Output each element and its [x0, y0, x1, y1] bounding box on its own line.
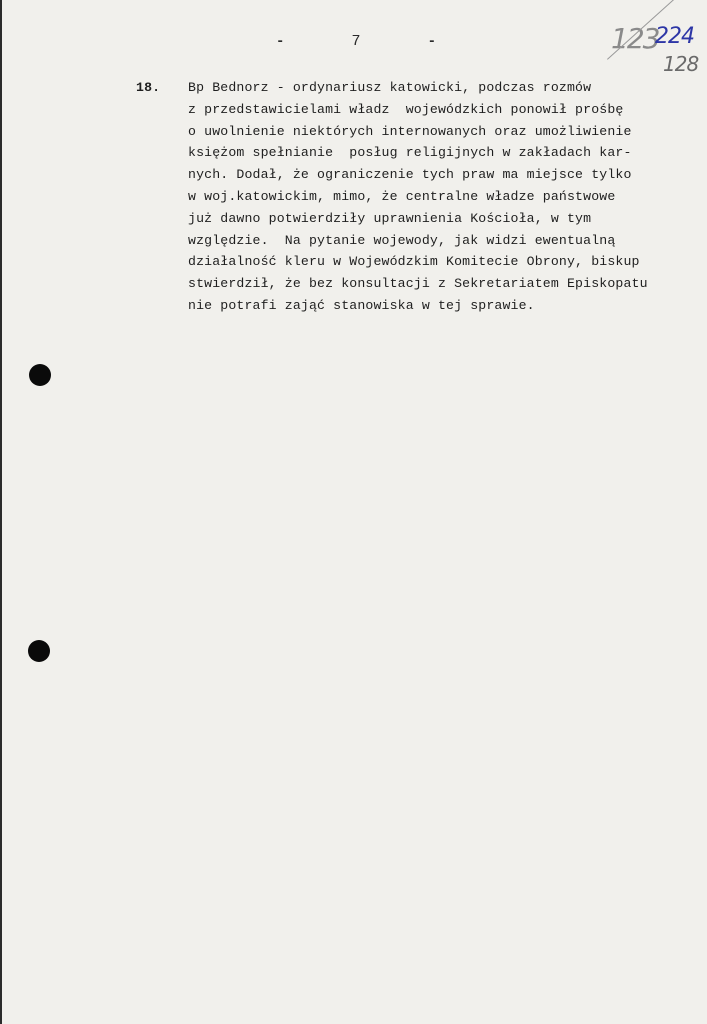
punch-hole-bottom	[28, 640, 50, 662]
page-number-dash-right: -	[428, 34, 436, 50]
archive-pagination-marks: 123 224 128	[581, 14, 701, 78]
punch-hole-top	[29, 364, 51, 386]
item-number: 18.	[136, 77, 160, 99]
page-number-dash-left: -	[276, 34, 284, 50]
archive-number-blue: 224	[655, 24, 694, 49]
text-line: nie potrafi zająć stanowiska w tej spraw…	[188, 295, 648, 317]
text-line: w woj.katowickim, mimo, że centralne wła…	[188, 186, 648, 208]
text-line: Bp Bednorz - ordynariusz katowicki, podc…	[188, 77, 648, 99]
text-line: stwierdził, że bez konsultacji z Sekreta…	[188, 273, 648, 295]
page-number-header: - 7 -	[276, 33, 436, 50]
text-line: już dawno potwierdziły uprawnienia Kości…	[188, 208, 648, 230]
document-page: - 7 - 123 224 128 18. Bp Bednorz - ordyn…	[0, 0, 707, 1024]
text-line: względzie. Na pytanie wojewody, jak widz…	[188, 230, 648, 252]
page-number: 7	[351, 33, 360, 50]
item-text: Bp Bednorz - ordynariusz katowicki, podc…	[188, 77, 648, 317]
archive-number-current: 128	[663, 52, 698, 76]
text-line: nych. Dodał, że ograniczenie tych praw m…	[188, 164, 648, 186]
text-line: działalność kleru w Wojewódzkim Komiteci…	[188, 251, 648, 273]
text-line: o uwolnienie niektórych internowanych or…	[188, 121, 648, 143]
text-line: z przedstawicielami władz wojewódzkich p…	[188, 99, 648, 121]
text-line: księżom spełnianie posług religijnych w …	[188, 142, 648, 164]
